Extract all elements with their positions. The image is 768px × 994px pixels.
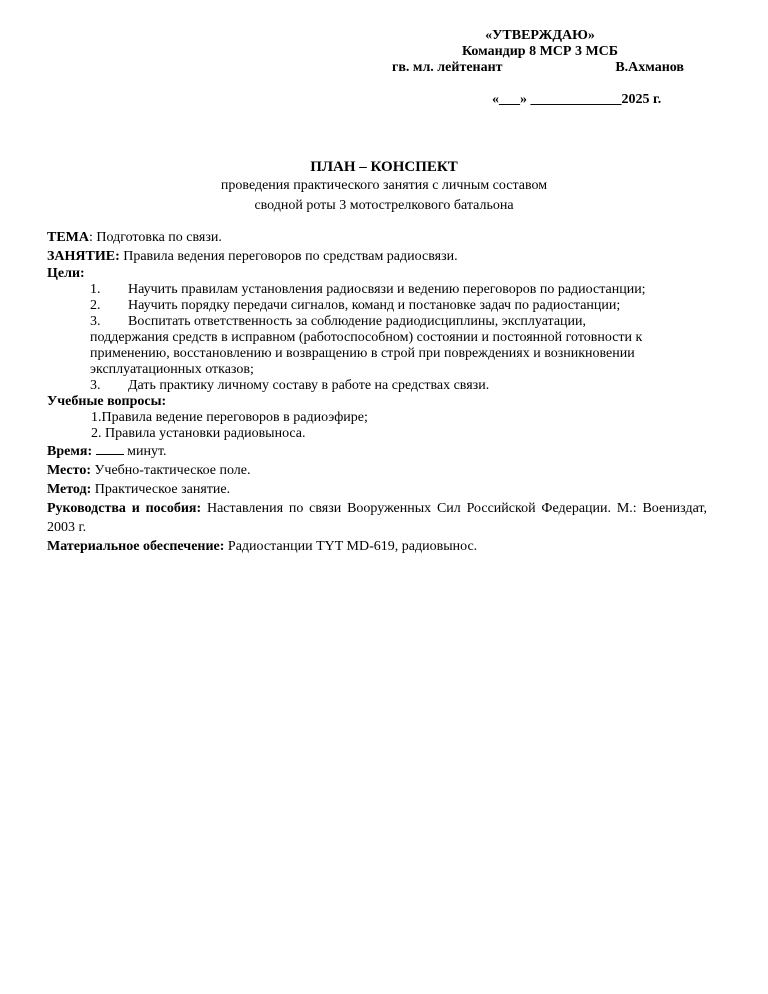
place: Место: Учебно-тактическое поле. [47,461,707,480]
materials: Материальное обеспечение: Радиостанции T… [47,537,707,556]
manuals-label: Руководства и пособия: [47,501,201,516]
approval-position: Командир 8 МСР 3 МСБ [380,44,700,60]
title-sub2: сводной роты 3 мотострелкового батальона [0,196,768,216]
approval-date: «___» _____________2025 г. [492,92,661,108]
title-sub1: проведения практического занятия с личны… [0,176,768,196]
title-main: ПЛАН – КОНСПЕКТ [0,158,768,176]
approval-block: «УТВЕРЖДАЮ» Командир 8 МСР 3 МСБ гв. мл.… [380,28,700,76]
questions-list: 1.Правила ведение переговоров в радиоэфи… [91,410,707,442]
place-label: Место: [47,463,91,478]
materials-label: Материальное обеспечение: [47,539,224,554]
goals-label: Цели: [47,266,707,282]
topic: ТЕМА: Подготовка по связи. [47,228,707,247]
topic-value: : Подготовка по связи. [89,230,222,245]
goal-item: 2.Научить порядку передачи сигналов, ком… [90,298,707,314]
time: Время: минут. [47,442,707,461]
time-blank-field [96,442,124,455]
lesson-value: Правила ведения переговоров по средствам… [120,249,458,264]
approval-rank: гв. мл. лейтенант [392,60,503,76]
materials-value: Радиостанции TYT MD-619, радиовынос. [224,539,477,554]
method-value: Практическое занятие. [91,482,230,497]
place-value: Учебно-тактическое поле. [91,463,250,478]
goals-list: 1.Научить правилам установления радиосвя… [90,282,707,394]
topic-label: ТЕМА [47,230,89,245]
question-item: 2. Правила установки радиовыноса. [91,426,707,442]
method-label: Метод: [47,482,91,497]
time-label: Время: [47,444,92,459]
approval-name: В.Ахманов [615,60,684,76]
document-body: ТЕМА: Подготовка по связи. ЗАНЯТИЕ: Прав… [47,228,707,556]
document-title: ПЛАН – КОНСПЕКТ проведения практического… [0,158,768,216]
lesson: ЗАНЯТИЕ: Правила ведения переговоров по … [47,247,707,266]
goal-item-continuation: поддержания средств в исправном (работос… [90,330,710,378]
goal-item: 3.Дать практику личному составу в работе… [90,378,707,394]
method: Метод: Практическое занятие. [47,480,707,499]
approval-signature-row: гв. мл. лейтенант В.Ахманов [380,60,700,76]
lesson-label: ЗАНЯТИЕ: [47,249,120,264]
questions-label: Учебные вопросы: [47,394,707,410]
time-value: минут. [124,444,167,459]
goal-item: 1.Научить правилам установления радиосвя… [90,282,707,298]
question-item: 1.Правила ведение переговоров в радиоэфи… [91,410,707,426]
goal-item: 3.Воспитать ответственность за соблюдени… [90,314,707,330]
manuals: Руководства и пособия: Наставления по св… [47,499,707,537]
approval-heading: «УТВЕРЖДАЮ» [380,28,700,44]
